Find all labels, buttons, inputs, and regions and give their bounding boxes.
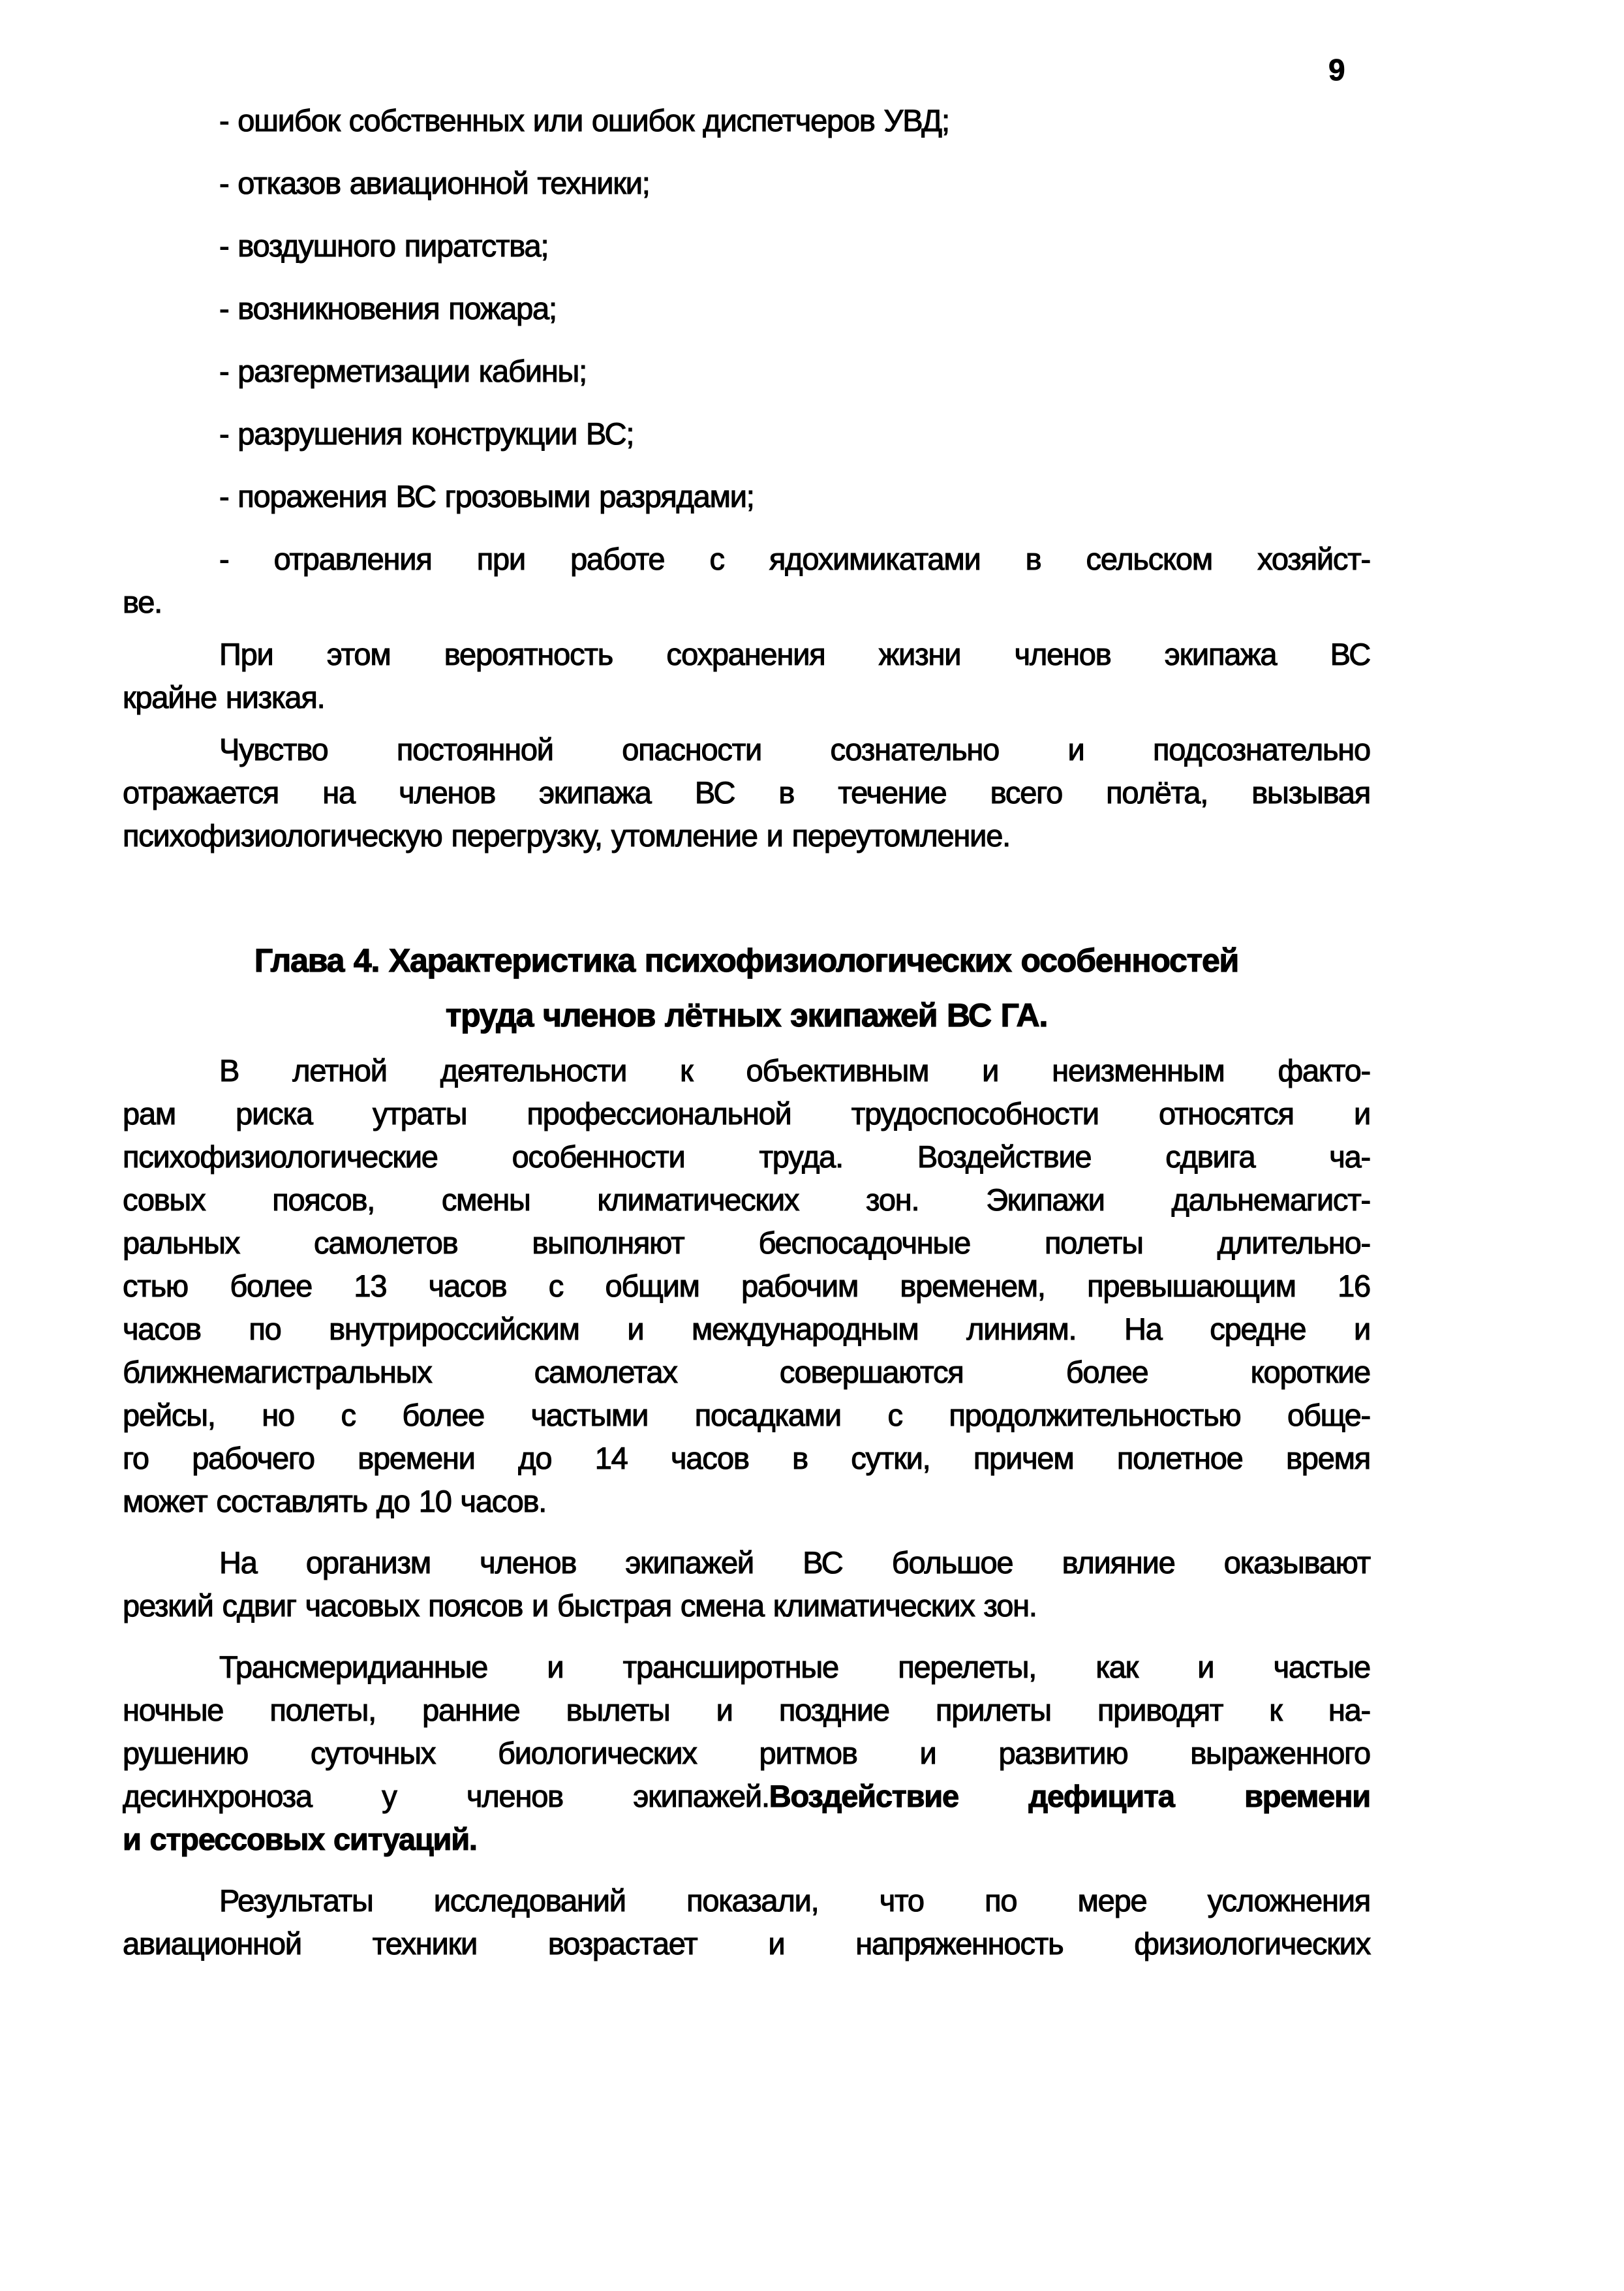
paragraph-survival-line-1: При этом вероятность сохранения жизни чл…	[123, 633, 1370, 676]
paragraph-flight-work-line-8: ближнемагистральных самолетах совершаютс…	[123, 1351, 1370, 1394]
page-number: 9	[1328, 52, 1345, 87]
paragraph-danger-line-2: отражается на членов экипажа ВС в течени…	[123, 771, 1370, 814]
paragraph-desync-line-4: десинхроноза у членов экипажей.Воздейств…	[123, 1775, 1370, 1818]
paragraph-organism: На организм членов экипажей ВС большое в…	[123, 1541, 1370, 1627]
paragraph-flight-work-line-10: го рабочего времени до 14 часов в сутки,…	[123, 1437, 1370, 1480]
paragraph-desync-line-5: и стрессовых ситуаций.	[123, 1818, 1370, 1861]
bullet-item-7: - поражения ВС грозовыми разрядами;	[123, 475, 1370, 518]
bullet-item-6: - разрушения конструкции ВС;	[123, 412, 1370, 455]
paragraph-desync-line-1: Трансмеридианные и трансширотные перелет…	[123, 1646, 1370, 1689]
document-page: 9 - ошибок собственных или ошибок диспет…	[0, 0, 1624, 2291]
bullet-item-4: - возникновения пожара;	[123, 287, 1370, 330]
paragraph-research-line-1: Результаты исследований показали, что по…	[123, 1879, 1370, 1922]
paragraph-organism-line-1: На организм членов экипажей ВС большое в…	[123, 1541, 1370, 1584]
paragraph-research-line-2: авиационной техники возрастает и напряже…	[123, 1922, 1370, 1965]
paragraph-flight-work-line-4: совых поясов, смены климатических зон. Э…	[123, 1178, 1370, 1222]
paragraph-desync-line-4-bold: Воздействие дефицита времени	[769, 1779, 1370, 1813]
paragraph-flight-work-line-5: ральных самолетов выполняют беспосадочны…	[123, 1222, 1370, 1265]
paragraph-flight-work-line-11: может составлять до 10 часов.	[123, 1480, 1370, 1523]
bullet-item-3: - воздушного пиратства;	[123, 224, 1370, 268]
bullet-item-8-line-2: ве.	[123, 581, 1370, 624]
paragraph-organism-line-2: резкий сдвиг часовых поясов и быстрая см…	[123, 1584, 1370, 1627]
paragraph-research: Результаты исследований показали, что по…	[123, 1879, 1370, 1965]
chapter-heading-line-1: Глава 4. Характеристика психофизиологиче…	[123, 933, 1370, 988]
paragraph-flight-work-line-9: рейсы, но с более частыми посадками с пр…	[123, 1394, 1370, 1437]
paragraph-survival-line-2: крайне низкая.	[123, 676, 1370, 719]
paragraph-flight-work-line-3: психофизиологические особенности труда. …	[123, 1135, 1370, 1178]
paragraph-flight-work: В летной деятельности к объективным и не…	[123, 1049, 1370, 1523]
paragraph-danger-line-1: Чувство постоянной опасности сознательно…	[123, 728, 1370, 771]
page-content: - ошибок собственных или ошибок диспетче…	[123, 99, 1370, 1965]
paragraph-desync-line-4-normal: десинхроноза у членов экипажей.	[123, 1779, 769, 1813]
bullet-item-5: - разгерметизации кабины;	[123, 350, 1370, 393]
paragraph-desync-line-3: рушению суточных биологических ритмов и …	[123, 1732, 1370, 1775]
bullet-item-2: - отказов авиационной техники;	[123, 162, 1370, 205]
paragraph-survival: При этом вероятность сохранения жизни чл…	[123, 633, 1370, 719]
paragraph-flight-work-line-1: В летной деятельности к объективным и не…	[123, 1049, 1370, 1092]
bullet-item-1: - ошибок собственных или ошибок диспетче…	[123, 99, 1370, 142]
paragraph-flight-work-line-7: часов по внутрироссийским и международны…	[123, 1308, 1370, 1351]
bullet-item-8-line-1: - отравления при работе с ядохимикатами …	[123, 538, 1370, 581]
paragraph-desync: Трансмеридианные и трансширотные перелет…	[123, 1646, 1370, 1861]
paragraph-flight-work-line-2: рам риска утраты профессиональной трудос…	[123, 1092, 1370, 1135]
paragraph-desync-line-2: ночные полеты, ранние вылеты и поздние п…	[123, 1689, 1370, 1732]
chapter-heading: Глава 4. Характеристика психофизиологиче…	[123, 933, 1370, 1043]
paragraph-flight-work-line-6: стью более 13 часов с общим рабочим врем…	[123, 1265, 1370, 1308]
bullet-item-8: - отравления при работе с ядохимикатами …	[123, 538, 1370, 624]
chapter-heading-line-2: труда членов лётных экипажей ВС ГА.	[123, 988, 1370, 1043]
paragraph-danger-line-3: психофизиологическую перегрузку, утомлен…	[123, 814, 1370, 857]
paragraph-danger: Чувство постоянной опасности сознательно…	[123, 728, 1370, 857]
